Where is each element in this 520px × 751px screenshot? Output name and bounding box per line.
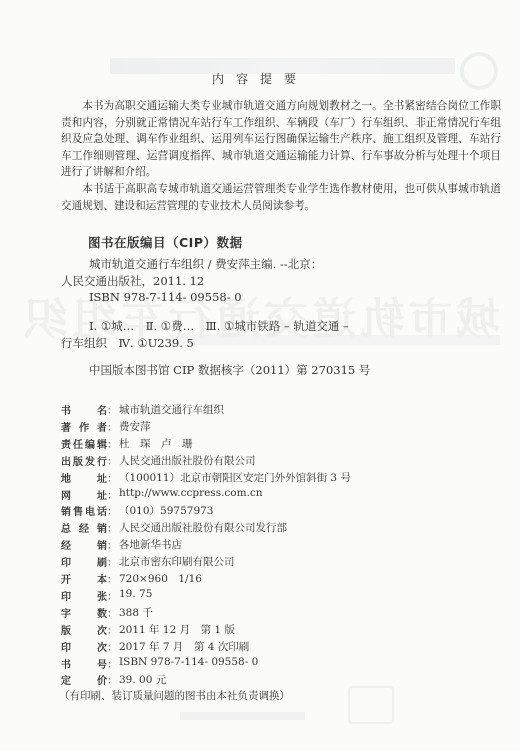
detail-label-char: 名: [97, 402, 107, 417]
detail-label-char: 刷: [97, 554, 107, 569]
bleed-through-subtitle: [170, 335, 500, 345]
detail-label: 出版发行: [61, 453, 107, 468]
detail-row: 地址：（100011）北京市朝阳区安定门外外馆斜街 3 号: [61, 470, 351, 485]
detail-label-char: 字: [61, 605, 71, 620]
detail-label-char: 售: [73, 503, 83, 518]
detail-value: 720×960 1/16: [119, 571, 202, 586]
footnote: （有印刷、装订质量问题的图书由本社负责调换）: [59, 688, 290, 703]
detail-colon: ：: [107, 672, 119, 687]
detail-colon: ：: [107, 622, 119, 637]
detail-label-char: 次: [97, 622, 107, 637]
detail-value: 39. 00 元: [119, 672, 166, 687]
detail-value: 人民交通出版社股份有限公司: [119, 453, 256, 468]
detail-value: （100011）北京市朝阳区安定门外外馆斜街 3 号: [119, 470, 351, 485]
detail-label-char: 印: [61, 639, 71, 654]
detail-label-char: 址: [97, 470, 107, 485]
cip-line: Ⅰ. ①城… Ⅱ. ①费… Ⅲ. ①城市铁路 – 轨道交通 –: [89, 318, 349, 334]
detail-label-char: 发: [85, 453, 95, 468]
detail-colon: ：: [107, 571, 119, 586]
detail-label-char: 销: [97, 537, 107, 552]
detail-label-char: 责: [61, 436, 71, 451]
detail-label: 责任编辑: [61, 436, 107, 451]
detail-colon: ：: [107, 503, 119, 518]
detail-row: 网址：http://www.ccpress.com.cn: [61, 487, 263, 502]
detail-row: 版次：2011 年 12 月 第 1 版: [61, 622, 235, 637]
detail-row: 印刷：北京市密东印刷有限公司: [61, 554, 235, 569]
detail-row: 开本：720×960 1/16: [61, 571, 202, 586]
detail-label-char: 者: [97, 419, 107, 434]
detail-label: 印次: [61, 639, 107, 654]
detail-label-char: 印: [61, 554, 71, 569]
abstract-section: 本书为高职交通运输大类专业城市轨道交通方向规划教材之一。全书紧密结合岗位工作职责…: [61, 98, 501, 214]
cip-line: 人民交通出版社，2011. 12: [61, 273, 204, 289]
cip-line: 城市轨道交通行车组织 / 费安萍主编. --北京：: [89, 256, 322, 272]
detail-value: 19. 75: [119, 588, 152, 603]
detail-label: 网址: [61, 487, 107, 502]
detail-row: 经销：各地新华书店: [61, 537, 182, 552]
detail-label-char: 定: [61, 672, 71, 687]
detail-label: 版次: [61, 622, 107, 637]
detail-label-char: 作: [79, 419, 89, 434]
detail-label-char: 书: [61, 656, 71, 671]
detail-label-char: 销: [97, 520, 107, 535]
detail-value: （010）59757973: [119, 503, 214, 518]
detail-label: 开本: [61, 571, 107, 586]
detail-colon: ：: [107, 554, 119, 569]
detail-colon: ：: [107, 537, 119, 552]
detail-value: 388 千: [119, 605, 153, 620]
detail-colon: ：: [107, 470, 119, 485]
detail-label-char: 电: [85, 503, 95, 518]
detail-row: 定价：39. 00 元: [61, 672, 166, 687]
detail-row: 著作者：费安萍: [61, 419, 151, 434]
detail-label-char: 本: [97, 571, 107, 586]
detail-label: 总经销: [61, 520, 107, 535]
detail-label: 著作者: [61, 419, 107, 434]
detail-row: 总经销：人民交通出版社股份有限公司发行部: [61, 520, 287, 535]
detail-row: 出版发行：人民交通出版社股份有限公司: [61, 453, 256, 468]
detail-label-char: 经: [61, 537, 71, 552]
detail-value: ISBN 978-7-114- 09558- 0: [119, 656, 258, 671]
detail-row: 印张：19. 75: [61, 588, 152, 603]
detail-row: 书名：城市轨道交通行车组织: [61, 402, 224, 417]
detail-label-char: 号: [97, 656, 107, 671]
detail-label-char: 话: [97, 503, 107, 518]
detail-label-char: 价: [97, 672, 107, 687]
detail-label-char: 开: [61, 571, 71, 586]
detail-value: 北京市密东印刷有限公司: [119, 554, 235, 569]
page-heading: 内容提要: [0, 70, 520, 87]
detail-row: 印次：2017 年 7 月 第 4 次印刷: [61, 639, 249, 654]
detail-label: 书号: [61, 656, 107, 671]
detail-label: 印张: [61, 588, 107, 603]
detail-value: 人民交通出版社股份有限公司发行部: [119, 520, 287, 535]
bleed-through-publisher-logo-icon: [348, 686, 394, 724]
detail-value: 杜 琛 卢 珊: [119, 436, 193, 451]
detail-colon: ：: [107, 402, 119, 417]
detail-value: 2011 年 12 月 第 1 版: [119, 622, 235, 637]
detail-colon: ：: [107, 419, 119, 434]
detail-label-char: 任: [73, 436, 83, 451]
detail-label: 销售电话: [61, 503, 107, 518]
detail-colon: ：: [107, 520, 119, 535]
detail-row: 书号：ISBN 978-7-114- 09558- 0: [61, 656, 258, 671]
detail-label: 字数: [61, 605, 107, 620]
detail-label-char: 销: [61, 503, 71, 518]
detail-row: 责任编辑：杜 琛 卢 珊: [61, 436, 193, 451]
detail-colon: ：: [107, 487, 119, 502]
detail-colon: ：: [107, 639, 119, 654]
detail-colon: ：: [107, 588, 119, 603]
cip-line: ISBN 978-7-114- 09558- 0: [89, 290, 242, 304]
detail-label-char: 总: [61, 520, 71, 535]
detail-label: 书名: [61, 402, 107, 417]
detail-label-char: 行: [97, 453, 107, 468]
bleed-through-footer: [180, 712, 305, 720]
detail-label-char: 数: [97, 605, 107, 620]
detail-value: http://www.ccpress.com.cn: [119, 487, 263, 502]
detail-colon: ：: [107, 605, 119, 620]
detail-label: 印刷: [61, 554, 107, 569]
cip-line: 行车组织 Ⅳ. ①U239. 5: [61, 335, 194, 351]
detail-label-char: 次: [97, 639, 107, 654]
detail-label-char: 书: [61, 402, 71, 417]
detail-label-char: 张: [97, 588, 107, 603]
detail-value: 城市轨道交通行车组织: [119, 402, 224, 417]
detail-colon: ：: [107, 453, 119, 468]
detail-label-char: 辑: [97, 436, 107, 451]
detail-label-char: 编: [85, 436, 95, 451]
detail-value: 2017 年 7 月 第 4 次印刷: [119, 639, 249, 654]
detail-label: 定价: [61, 672, 107, 687]
cip-line: 中国版本图书馆 CIP 数据核字（2011）第 270315 号: [89, 362, 370, 378]
detail-label-char: 版: [73, 453, 83, 468]
cip-title: 图书在版编目（CIP）数据: [88, 233, 243, 251]
detail-label: 地址: [61, 470, 107, 485]
detail-label-char: 印: [61, 588, 71, 603]
detail-label-char: 版: [61, 622, 71, 637]
detail-value: 各地新华书店: [119, 537, 182, 552]
detail-label: 经销: [61, 537, 107, 552]
detail-label-char: 网: [61, 487, 71, 502]
detail-label-char: 地: [61, 470, 71, 485]
abstract-paragraph: 本书适于高职高专城市轨道交通运营管理类专业学生选作教材使用，也可供从事城市轨道交…: [61, 181, 501, 214]
detail-value: 费安萍: [119, 419, 151, 434]
detail-colon: ：: [107, 436, 119, 451]
detail-colon: ：: [107, 656, 119, 671]
detail-label-char: 出: [61, 453, 71, 468]
detail-label-char: 经: [79, 520, 89, 535]
detail-row: 销售电话：（010）59757973: [61, 503, 214, 518]
abstract-paragraph: 本书为高职交通运输大类专业城市轨道交通方向规划教材之一。全书紧密结合岗位工作职责…: [61, 98, 501, 181]
detail-row: 字数：388 千: [61, 605, 153, 620]
detail-label-char: 著: [61, 419, 71, 434]
detail-label-char: 址: [97, 487, 107, 502]
